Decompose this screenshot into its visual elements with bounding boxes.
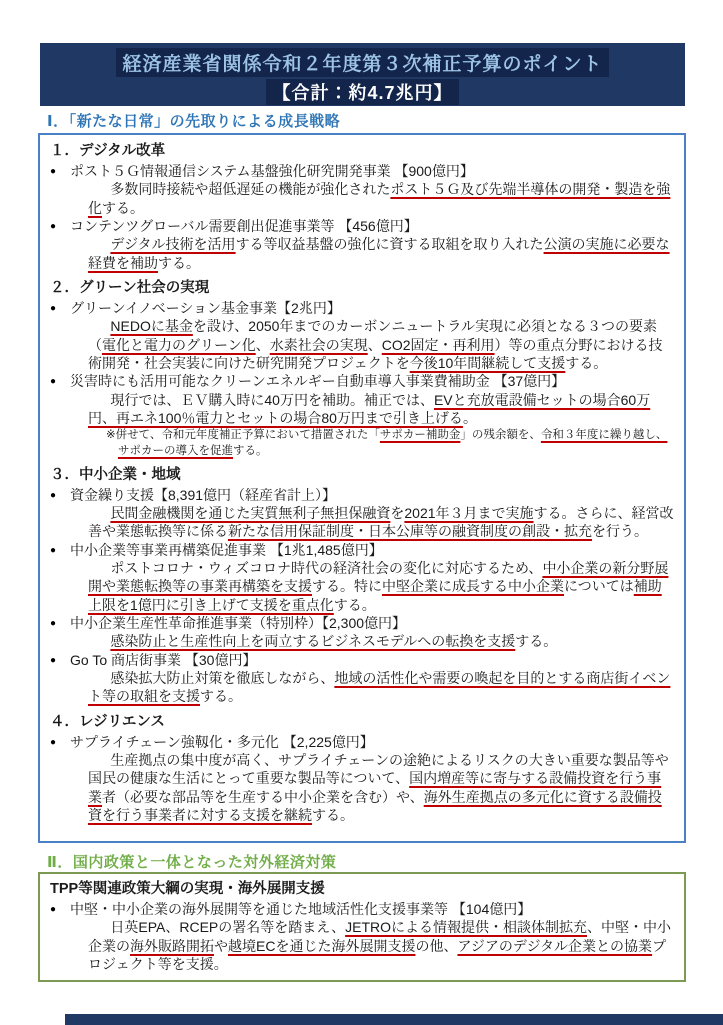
- item-description: 生産拠点の集中度が高く、サプライチェーンの途絶によるリスクの大きい重要な製品等や…: [88, 751, 674, 824]
- underlined-text: 海外販路開拓: [130, 938, 214, 954]
- item-name: サプライチェーン強靱化・多元化 【2,225億円】: [70, 733, 674, 751]
- plain-text: の他、: [415, 938, 457, 954]
- underlined-text: 中堅企業に成長する中小企業: [382, 578, 564, 594]
- item-description: 日英EPA、RCEPの署名等を踏まえ、JETROによる情報提供・相談体制拡充、中…: [88, 918, 674, 973]
- plain-text: を行う。: [592, 523, 648, 539]
- group-title: １．デジタル改革: [50, 142, 674, 161]
- bullet-icon: ●: [50, 299, 70, 314]
- item-description: ポストコロナ・ウィズコロナ時代の経済社会の変化に対応するため、中小企業の新分野展…: [88, 559, 674, 614]
- underlined-text: 今後10年間継続して支援: [410, 355, 566, 371]
- item-name: Go To 商店街事業 【30億円】: [70, 651, 674, 669]
- underlined-text: CO2固定・再利用: [382, 337, 495, 353]
- plain-text: ポストコロナ・ウィズコロナ時代の経済社会の変化に対応するため、: [110, 560, 542, 576]
- bullet-icon: ●: [50, 900, 70, 915]
- item-name: 資金繰り支援【8,391億円（経産省計上）】: [70, 486, 674, 504]
- plain-text: 日英EPA、RCEPの署名等を踏まえ、: [110, 919, 345, 935]
- item-name-row: ●ポスト５Ｇ情報通信システム基盤強化研究開発事業 【900億円】: [50, 162, 674, 180]
- bullet-icon: ●: [50, 733, 70, 748]
- item-name-row: ●災害時にも活用可能なクリーンエネルギー自動車導入事業費補助金 【37億円】: [50, 372, 674, 390]
- plain-text: 感染拡大防止対策を徹底しながら、: [110, 670, 334, 686]
- section-2-heading: Ⅱ．国内政策と一体となった対外経済対策: [47, 851, 336, 872]
- budget-group: ●中堅・中小企業の海外展開等を通じた地域活性化支援事業等 【104億円】日英EP…: [50, 900, 674, 973]
- banner-total: 【合計：約4.7兆円】: [40, 77, 685, 105]
- item-name: ポスト５Ｇ情報通信システム基盤強化研究開発事業 【900億円】: [70, 162, 674, 180]
- budget-item: ●グリーンイノベーション基金事業【2兆円】NEDOに基金を設け、2050年までの…: [50, 299, 674, 372]
- plain-text: する。: [233, 445, 268, 457]
- group-title: ３．中小企業・地域: [50, 466, 674, 485]
- plain-text: する。: [102, 200, 144, 216]
- budget-group: ３．中小企業・地域●資金繰り支援【8,391億円（経産省計上）】民間金融機関を通…: [50, 466, 674, 706]
- item-name: 中小企業等事業再構築促進事業 【1兆1,485億円】: [70, 541, 674, 559]
- item-name-row: ●中小企業等事業再構築促進事業 【1兆1,485億円】: [50, 541, 674, 559]
- next-page-banner-edge: [65, 1014, 723, 1025]
- plain-text: する。: [565, 355, 607, 371]
- plain-text: する。: [334, 597, 376, 613]
- item-description: 多数同時接続や超低遅延の機能が強化されたポスト５Ｇ及び先端半導体の開発・製造を強…: [88, 180, 674, 217]
- underlined-text: NEDOに基金: [110, 318, 192, 334]
- bullet-icon: ●: [50, 651, 70, 666]
- bullet-icon: ●: [50, 486, 70, 501]
- item-description: 民間金融機関を通じた実質無利子無担保融資を2021年３月まで実施する。さらに、経…: [88, 504, 674, 541]
- item-name: 災害時にも活用可能なクリーンエネルギー自動車導入事業費補助金 【37億円】: [70, 372, 674, 390]
- section-1-box: １．デジタル改革●ポスト５Ｇ情報通信システム基盤強化研究開発事業 【900億円】…: [38, 133, 686, 843]
- plain-text: 、: [368, 337, 382, 353]
- underlined-text: 電化と電力のグリーン化: [102, 337, 256, 353]
- plain-text: 、: [256, 337, 270, 353]
- budget-item: ●ポスト５Ｇ情報通信システム基盤強化研究開発事業 【900億円】多数同時接続や超…: [50, 162, 674, 217]
- item-name: 中小企業生産性革命推進事業（特別枠）【2,300億円】: [70, 614, 674, 632]
- item-note: ※併せて、令和元年度補正予算において措置された「サポカー補助金」の残余額を、令和…: [118, 428, 674, 459]
- bullet-icon: ●: [50, 541, 70, 556]
- underlined-text: JETROによる情報提供・相談体制拡充: [345, 919, 587, 935]
- item-name-row: ●資金繰り支援【8,391億円（経産省計上）】: [50, 486, 674, 504]
- tpp-box-title: TPP等関連政策大綱の実現・海外展開支援: [50, 880, 674, 899]
- item-description: 現行では、ＥＶ購入時に40万円を補助。補正では、EVと充放電設備セットの場合60…: [88, 391, 674, 428]
- plain-text: する。: [158, 255, 200, 271]
- plain-text: する。: [200, 688, 242, 704]
- bullet-icon: ●: [50, 217, 70, 232]
- budget-item: ●中堅・中小企業の海外展開等を通じた地域活性化支援事業等 【104億円】日英EP…: [50, 900, 674, 973]
- plain-text: については: [564, 578, 634, 594]
- budget-group: １．デジタル改革●ポスト５Ｇ情報通信システム基盤強化研究開発事業 【900億円】…: [50, 142, 674, 272]
- budget-group: ４．レジリエンス●サプライチェーン強靱化・多元化 【2,225億円】生産拠点の集…: [50, 713, 674, 825]
- plain-text: ※併せて、令和元年度補正予算において措置された「: [106, 429, 380, 441]
- underlined-text: 越境ECを通じた海外展開支援: [228, 938, 415, 954]
- underlined-text: 新たな信用保証制度・日本公庫等の融資制度の創設・拡充: [228, 523, 592, 539]
- document-page: 経済産業省関係令和２年度第３次補正予算のポイント 【合計：約4.7兆円】 Ⅰ．「…: [0, 0, 723, 1025]
- item-name: コンテンツグローバル需要創出促進事業等 【456億円】: [70, 217, 674, 235]
- budget-item: ●資金繰り支援【8,391億円（経産省計上）】民間金融機関を通じた実質無利子無担…: [50, 486, 674, 541]
- item-description: デジタル技術を活用する等収益基盤の強化に資する取組を取り入れた公演の実施に必要な…: [88, 235, 674, 272]
- title-banner: 経済産業省関係令和２年度第３次補正予算のポイント 【合計：約4.7兆円】: [40, 43, 685, 106]
- underlined-text: アジアのデジタル企業との協業: [457, 938, 652, 954]
- item-description: 感染防止と生産性向上を両立するビジネスモデルへの転換を支援する。: [88, 632, 674, 650]
- plain-text: 」の残余額を、: [460, 429, 541, 441]
- item-name: 中堅・中小企業の海外展開等を通じた地域活性化支援事業等 【104億円】: [70, 900, 674, 918]
- plain-text: する。特に: [312, 578, 382, 594]
- group-title: ２．グリーン社会の実現: [50, 279, 674, 298]
- item-description: NEDOに基金を設け、2050年までのカーボンニュートラル実現に必須となる３つの…: [88, 317, 674, 372]
- plain-text: 現行では、ＥＶ購入時に40万円を補助。補正では、: [110, 392, 434, 408]
- plain-text: 多数同時接続や超低遅延の機能が強化された: [110, 181, 390, 197]
- underlined-text: デジタル技術を活用: [110, 236, 235, 252]
- item-description: 感染拡大防止対策を徹底しながら、地域の活性化や需要の喚起を目的とする商店街イベン…: [88, 669, 674, 706]
- budget-item: ●サプライチェーン強靱化・多元化 【2,225億円】生産拠点の集中度が高く、サプ…: [50, 733, 674, 825]
- budget-item: ●Go To 商店街事業 【30億円】感染拡大防止対策を徹底しながら、地域の活性…: [50, 651, 674, 706]
- plain-text: 者（必要な部品等を生産する中小企業を含む）や、: [102, 789, 424, 805]
- item-name-row: ●中堅・中小企業の海外展開等を通じた地域活性化支援事業等 【104億円】: [50, 900, 674, 918]
- section-2-box: TPP等関連政策大綱の実現・海外展開支援 ●中堅・中小企業の海外展開等を通じた地…: [38, 872, 686, 982]
- budget-item: ●中小企業等事業再構築促進事業 【1兆1,485億円】ポストコロナ・ウィズコロナ…: [50, 541, 674, 614]
- plain-text: を: [390, 505, 404, 521]
- plain-text: や: [214, 938, 228, 954]
- banner-title-text: 経済産業省関係令和２年度第３次補正予算のポイント: [116, 48, 608, 77]
- item-name: グリーンイノベーション基金事業【2兆円】: [70, 299, 674, 317]
- plain-text: する。: [515, 633, 557, 649]
- item-name-row: ●サプライチェーン強靱化・多元化 【2,225億円】: [50, 733, 674, 751]
- item-name-row: ●Go To 商店街事業 【30億円】: [50, 651, 674, 669]
- item-name-row: ●コンテンツグローバル需要創出促進事業等 【456億円】: [50, 217, 674, 235]
- plain-text: 。: [463, 410, 477, 426]
- item-name-row: ●グリーンイノベーション基金事業【2兆円】: [50, 299, 674, 317]
- bullet-icon: ●: [50, 372, 70, 387]
- budget-item: ●災害時にも活用可能なクリーンエネルギー自動車導入事業費補助金 【37億円】現行…: [50, 372, 674, 459]
- bullet-icon: ●: [50, 162, 70, 177]
- bullet-icon: ●: [50, 614, 70, 629]
- banner-title: 経済産業省関係令和２年度第３次補正予算のポイント: [40, 48, 685, 77]
- banner-total-text: 【合計：約4.7兆円】: [266, 79, 458, 105]
- item-name-row: ●中小企業生産性革命推進事業（特別枠）【2,300億円】: [50, 614, 674, 632]
- plain-text: する等収益基盤の強化に資する取組を取り入れた: [236, 236, 544, 252]
- budget-item: ●コンテンツグローバル需要創出促進事業等 【456億円】デジタル技術を活用する等…: [50, 217, 674, 272]
- underlined-text: 2021年３月まで実施: [404, 505, 533, 521]
- budget-item: ●中小企業生産性革命推進事業（特別枠）【2,300億円】感染防止と生産性向上を両…: [50, 614, 674, 651]
- group-title: ４．レジリエンス: [50, 713, 674, 732]
- section-1-heading: Ⅰ．「新たな日常」の先取りによる成長戦略: [47, 110, 340, 131]
- underlined-text: 感染防止と生産性向上を両立するビジネスモデルへの転換を支援: [110, 633, 515, 649]
- underlined-text: 水素社会の実現: [270, 337, 368, 353]
- budget-group: ２．グリーン社会の実現●グリーンイノベーション基金事業【2兆円】NEDOに基金を…: [50, 279, 674, 459]
- plain-text: する。: [312, 807, 354, 823]
- underlined-text: サポカー補助金: [380, 429, 461, 441]
- underlined-text: 民間金融機関を通じた実質無利子無担保融資: [110, 505, 390, 521]
